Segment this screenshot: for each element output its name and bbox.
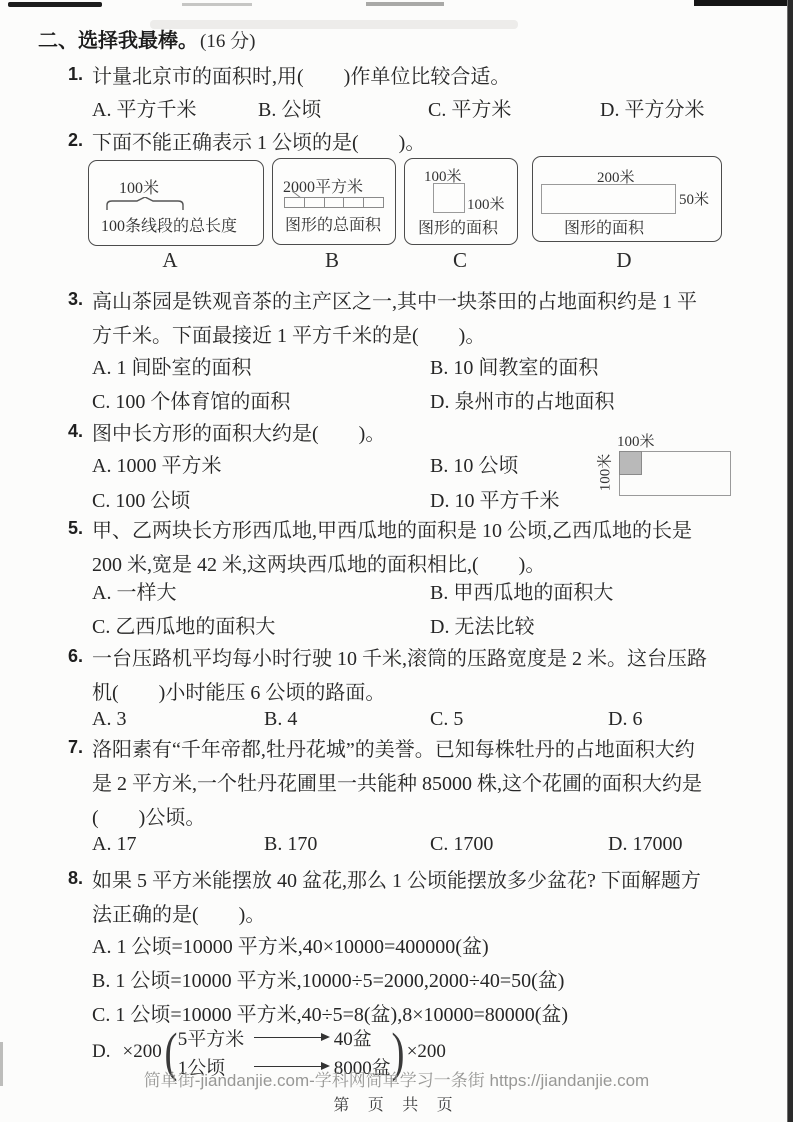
question-8: 8. 如果 5 平方米能摆放 40 盆花,那么 1 公顷能摆放多少盆花? 下面解… bbox=[68, 864, 774, 1094]
question-text: 高山茶园是铁观音茶的主产区之一,其中一块茶田的占地面积约是 1 平 bbox=[92, 285, 774, 319]
question-1: 1. 计量北京市的面积时,用( )作单位比较合适。 A. 平方千米 B. 公顷 … bbox=[68, 60, 774, 130]
question-text: 甲、乙两块长方形西瓜地,甲西瓜地的面积是 10 公顷,乙西瓜地的长是 bbox=[92, 514, 774, 548]
figure-label-a: A bbox=[150, 248, 190, 273]
q6-option-b: B. 4 bbox=[264, 708, 297, 731]
q6-option-d: D. 6 bbox=[608, 708, 642, 731]
q7-option-a: A. 17 bbox=[92, 833, 136, 856]
question-6: 6. 一台压路机平均每小时行驶 10 千米,滚筒的压路宽度是 2 米。这台压路 … bbox=[68, 642, 774, 742]
question-text: 下面不能正确表示 1 公顷的是( )。 bbox=[92, 126, 774, 160]
figure-b-caption: 图形的总面积 bbox=[285, 212, 381, 235]
q7-option-d: D. 17000 bbox=[608, 833, 682, 856]
q1-option-b: B. 公顷 bbox=[258, 93, 321, 122]
q6-option-c: C. 5 bbox=[430, 708, 463, 731]
q4-option-a: A. 1000 平方米 bbox=[92, 449, 221, 478]
q5-option-b: B. 甲西瓜地的面积大 bbox=[430, 576, 613, 605]
figure-a-caption: 100条线段的总长度 bbox=[101, 213, 237, 236]
question-text: 洛阳素有“千年帝都,牡丹花城”的美誉。已知每株牡丹的占地面积大约 bbox=[92, 733, 774, 767]
question-3: 3. 高山茶园是铁观音茶的主产区之一,其中一块茶田的占地面积约是 1 平 方千米… bbox=[68, 285, 774, 420]
arrow-icon bbox=[254, 1037, 328, 1039]
figure-c-side-label: 100米 bbox=[467, 193, 505, 214]
scan-edge-band bbox=[787, 0, 793, 1122]
q3-option-a: A. 1 间卧室的面积 bbox=[92, 351, 251, 380]
section-title-text: 二、选择我最棒。 bbox=[38, 30, 198, 52]
figure-d-side-label: 50米 bbox=[679, 188, 709, 209]
scan-edge-artifact bbox=[366, 2, 444, 6]
question-number: 3. bbox=[68, 285, 92, 353]
figure-a-length-label: 100米 bbox=[119, 175, 159, 198]
rect-shape bbox=[541, 184, 676, 214]
figure-label-c: C bbox=[440, 248, 480, 273]
question-text: 法正确的是( )。 bbox=[92, 898, 774, 932]
q5-option-c: C. 乙西瓜地的面积大 bbox=[92, 610, 275, 639]
section-title: 二、选择我最棒。(16 分) bbox=[38, 24, 255, 53]
q6-option-a: A. 3 bbox=[92, 708, 126, 731]
question-text: 计量北京市的面积时,用( )作单位比较合适。 bbox=[92, 60, 774, 94]
map-row1-left: 5平方米 bbox=[178, 1024, 254, 1051]
q3-option-b: B. 10 间教室的面积 bbox=[430, 351, 598, 380]
section-points: (16 分) bbox=[200, 31, 255, 52]
question-5: 5. 甲、乙两块长方形西瓜地,甲西瓜地的面积是 10 公顷,乙西瓜地的长是 20… bbox=[68, 514, 774, 644]
figure-box-a: 100米 100条线段的总长度 bbox=[88, 160, 264, 246]
q4-option-b: B. 10 公顷 bbox=[430, 449, 518, 478]
figure-box-b: 2000平方米 图形的总面积 bbox=[272, 158, 396, 245]
question-number: 4. bbox=[68, 417, 92, 451]
unit-strip-shape bbox=[284, 197, 384, 208]
test-paper-page: 二、选择我最棒。(16 分) 1. 计量北京市的面积时,用( )作单位比较合适。… bbox=[0, 0, 793, 1122]
figure-box-c: 100米 100米 图形的面积 bbox=[404, 158, 518, 245]
question-number: 5. bbox=[68, 514, 92, 582]
question-2: 2. 下面不能正确表示 1 公顷的是( )。 bbox=[68, 126, 774, 158]
q4-figure-top-label: 100米 bbox=[617, 430, 655, 451]
q5-option-d: D. 无法比较 bbox=[430, 610, 534, 639]
q1-option-c: C. 平方米 bbox=[428, 93, 511, 122]
figure-label-d: D bbox=[604, 248, 644, 273]
q8-option-a: A. 1 公顷=10000 平方米,40×10000=400000(盆) bbox=[92, 930, 489, 959]
question-number: 7. bbox=[68, 733, 92, 835]
scan-edge-artifact bbox=[8, 2, 102, 7]
q7-option-c: C. 1700 bbox=[430, 833, 493, 856]
figure-box-d: 200米 50米 图形的面积 bbox=[532, 156, 722, 242]
q1-option-a: A. 平方千米 bbox=[92, 93, 196, 122]
figure-d-caption: 图形的面积 bbox=[564, 215, 644, 238]
question-number: 6. bbox=[68, 642, 92, 710]
question-text: 是 2 平方米,一个牡丹花圃里一共能种 85000 株,这个花圃的面积大约是 bbox=[92, 767, 774, 801]
question-text: 机( )小时能压 6 公顷的路面。 bbox=[92, 676, 774, 710]
question-7: 7. 洛阳素有“千年帝都,牡丹花城”的美誉。已知每株牡丹的占地面积大约 是 2 … bbox=[68, 733, 774, 868]
scan-edge-artifact bbox=[182, 3, 252, 6]
question-text: 一台压路机平均每小时行驶 10 千米,滚筒的压路宽度是 2 米。这台压路 bbox=[92, 642, 774, 676]
question-text: 如果 5 平方米能摆放 40 盆花,那么 1 公顷能摆放多少盆花? 下面解题方 bbox=[92, 864, 774, 898]
multiplier-right: ×200 bbox=[407, 1041, 446, 1063]
footer-site-link: 简单街-jiandanjie.com-学科网简单学习一条街 https://ji… bbox=[0, 1066, 793, 1091]
q8-option-d-letter: D. bbox=[92, 1041, 110, 1063]
q8-option-c: C. 1 公顷=10000 平方米,40÷5=8(盆),8×10000=8000… bbox=[92, 998, 568, 1027]
q3-option-c: C. 100 个体育馆的面积 bbox=[92, 385, 290, 414]
scan-edge-artifact bbox=[694, 0, 793, 6]
multiplier-left: ×200 bbox=[122, 1041, 161, 1063]
q4-figure: 100米 100米 bbox=[592, 428, 742, 503]
question-number: 2. bbox=[68, 126, 92, 160]
overbrace-shape bbox=[105, 197, 185, 211]
question-number: 1. bbox=[68, 60, 92, 94]
map-row1-right: 40盆 bbox=[334, 1024, 372, 1051]
figure-c-caption: 图形的面积 bbox=[418, 215, 498, 238]
q8-option-b: B. 1 公顷=10000 平方米,10000÷5=2000,2000÷40=5… bbox=[92, 964, 564, 993]
q7-option-b: B. 170 bbox=[264, 833, 317, 856]
q4-option-d: D. 10 平方千米 bbox=[430, 484, 559, 513]
q3-option-d: D. 泉州市的占地面积 bbox=[430, 385, 614, 414]
gray-square-shape bbox=[619, 451, 642, 475]
q4-option-c: C. 100 公顷 bbox=[92, 484, 190, 513]
figure-label-b: B bbox=[312, 248, 352, 273]
q4-figure-side-label: 100米 bbox=[594, 445, 615, 501]
q5-option-a: A. 一样大 bbox=[92, 576, 176, 605]
question-text: ( )公顷。 bbox=[92, 801, 774, 835]
q1-option-d: D. 平方分米 bbox=[600, 93, 704, 122]
question-number: 8. bbox=[68, 864, 92, 932]
question-text: 方千米。下面最接近 1 平方千米的是( )。 bbox=[92, 319, 774, 353]
footer-page-number: 第 页 共 页 bbox=[0, 1092, 793, 1115]
square-shape bbox=[433, 183, 465, 213]
